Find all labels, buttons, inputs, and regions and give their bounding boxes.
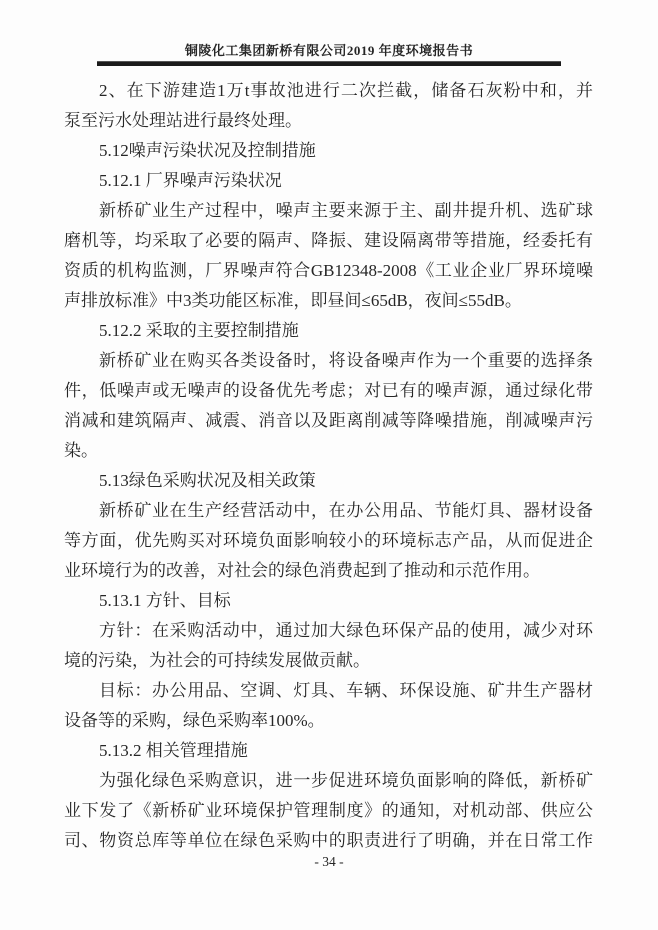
text-line: 新桥矿业在生产经营活动中，在办公用品、节能灯具、器材设备	[64, 496, 593, 526]
header-title: 铜陵化工集团新桥有限公司2019 年度环境报告书	[0, 40, 658, 59]
paragraph: 2、在下游建造1万t事故池进行二次拦截，储备石灰粉中和，并泵至污水处理站进行最终…	[64, 76, 593, 136]
text-line: 等方面，优先购买对环境负面影响较小的环境标志产品，从而促进企	[64, 526, 593, 556]
paragraph: 新桥矿业在购买各类设备时，将设备噪声作为一个重要的选择条件，低噪声或无噪声的设备…	[64, 346, 593, 466]
text-line: 目标：办公用品、空调、灯具、车辆、环保设施、矿井生产器材	[64, 676, 593, 706]
heading-line: 5.13绿色采购状况及相关政策	[64, 466, 593, 496]
text-line: 染。	[64, 436, 593, 466]
text-line: 业下发了《新桥矿业环境保护管理制度》的通知，对机动部、供应公	[64, 796, 593, 826]
paragraph: 目标：办公用品、空调、灯具、车辆、环保设施、矿井生产器材设备等的采购，绿色采购率…	[64, 676, 593, 736]
page-number: - 34 -	[314, 854, 343, 869]
document-body: 2、在下游建造1万t事故池进行二次拦截，储备石灰粉中和，并泵至污水处理站进行最终…	[64, 76, 593, 856]
page-footer: - 34 -	[0, 854, 658, 870]
document-page: 铜陵化工集团新桥有限公司2019 年度环境报告书 2、在下游建造1万t事故池进行…	[0, 0, 658, 930]
heading-line: 5.13.1 方针、目标	[64, 586, 593, 616]
paragraph: 方针：在采购活动中，通过加大绿色环保产品的使用，减少对环境的污染，为社会的可持续…	[64, 616, 593, 676]
text-line: 资质的机构监测，厂界噪声符合GB12348-2008《工业企业厂界环境噪	[64, 256, 593, 286]
text-line: 设备等的采购，绿色采购率100%。	[64, 706, 593, 736]
section-heading: 5.13绿色采购状况及相关政策	[64, 466, 593, 496]
text-line: 业环境行为的改善，对社会的绿色消费起到了推动和示范作用。	[64, 556, 593, 586]
heading-line: 5.12噪声污染状况及控制措施	[64, 136, 593, 166]
text-line: 消减和建筑隔声、减震、消音以及距离削减等降噪措施，削减噪声污	[64, 406, 593, 436]
header-rule	[97, 61, 561, 66]
heading-line: 5.12.1 厂界噪声污染状况	[64, 166, 593, 196]
section-heading: 5.12噪声污染状况及控制措施	[64, 136, 593, 166]
text-line: 声排放标准》中3类功能区标准，即昼间≤65dB，夜间≤55dB。	[64, 286, 593, 316]
section-heading: 5.13.1 方针、目标	[64, 586, 593, 616]
section-heading: 5.12.2 采取的主要控制措施	[64, 316, 593, 346]
text-line: 磨机等，均采取了必要的隔声、降振、建设隔离带等措施，经委托有	[64, 226, 593, 256]
text-line: 司、物资总库等单位在绿色采购中的职责进行了明确，并在日常工作	[64, 826, 593, 856]
text-line: 为强化绿色采购意识，进一步促进环境负面影响的降低，新桥矿	[64, 766, 593, 796]
heading-line: 5.12.2 采取的主要控制措施	[64, 316, 593, 346]
heading-line: 5.13.2 相关管理措施	[64, 736, 593, 766]
paragraph: 新桥矿业生产过程中，噪声主要来源于主、副井提升机、选矿球磨机等，均采取了必要的隔…	[64, 196, 593, 316]
text-line: 方针：在采购活动中，通过加大绿色环保产品的使用，减少对环	[64, 616, 593, 646]
text-line: 新桥矿业生产过程中，噪声主要来源于主、副井提升机、选矿球	[64, 196, 593, 226]
text-line: 2、在下游建造1万t事故池进行二次拦截，储备石灰粉中和，并	[64, 76, 593, 106]
text-line: 新桥矿业在购买各类设备时，将设备噪声作为一个重要的选择条	[64, 346, 593, 376]
section-heading: 5.13.2 相关管理措施	[64, 736, 593, 766]
text-line: 境的污染，为社会的可持续发展做贡献。	[64, 646, 593, 676]
text-line: 件，低噪声或无噪声的设备优先考虑；对已有的噪声源，通过绿化带	[64, 376, 593, 406]
paragraph: 为强化绿色采购意识，进一步促进环境负面影响的降低，新桥矿业下发了《新桥矿业环境保…	[64, 766, 593, 856]
paragraph: 新桥矿业在生产经营活动中，在办公用品、节能灯具、器材设备等方面，优先购买对环境负…	[64, 496, 593, 586]
section-heading: 5.12.1 厂界噪声污染状况	[64, 166, 593, 196]
text-line: 泵至污水处理站进行最终处理。	[64, 106, 593, 136]
